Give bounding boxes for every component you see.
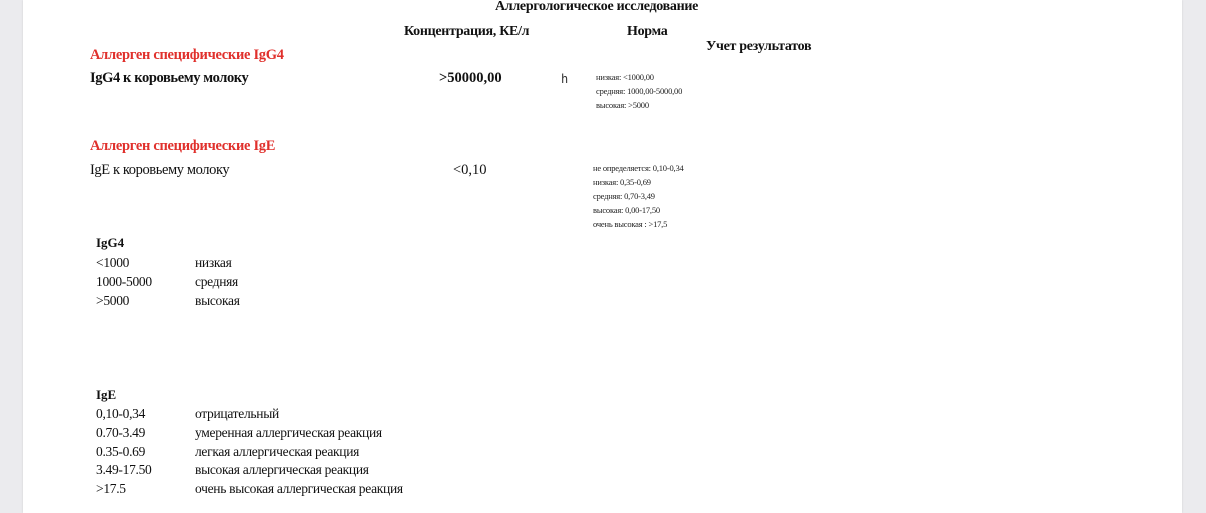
legend-range: 0.35-0.69 (96, 442, 195, 461)
legend-label: средняя (195, 273, 240, 292)
norm-item: средняя: 0,70-3,49 (593, 189, 684, 203)
legend-range: >5000 (96, 291, 195, 310)
legend-range: <1000 (96, 254, 195, 273)
legend-row: >17.5 очень высокая аллергическая реакци… (96, 480, 403, 499)
norm-item: высокая: >5000 (596, 98, 682, 112)
legend-row: 1000-5000 средняя (96, 273, 240, 292)
section-title-ige: Аллерген специфические IgE (90, 138, 275, 155)
legend-label: отрицательный (195, 405, 403, 424)
norm-item: низкая: <1000,00 (596, 70, 682, 84)
legend-label: высокая аллергическая реакция (195, 461, 403, 480)
norm-list-ige-milk: не определяется: 0,10-0,34 низкая: 0,35-… (593, 161, 684, 231)
legend-table-igg4: <1000 низкая 1000-5000 средняя >5000 выс… (96, 254, 240, 310)
header-norm: Норма (627, 24, 667, 40)
legend-label: очень высокая аллергическая реакция (195, 480, 403, 499)
legend-range: 0.70-3.49 (96, 424, 195, 443)
legend-row: 0.35-0.69 легкая аллергическая реакция (96, 442, 403, 461)
norm-item: высокая: 0,00-17,50 (593, 203, 684, 217)
test-flag-igg4-milk: h (561, 72, 568, 86)
legend-row: 3.49-17.50 высокая аллергическая реакция (96, 461, 403, 480)
legend-range: 3.49-17.50 (96, 461, 195, 480)
norm-item: низкая: 0,35-0,69 (593, 175, 684, 189)
test-value-igg4-milk: >50000,00 (439, 70, 502, 87)
header-concentration: Концентрация, КЕ/л (404, 24, 529, 40)
legend-row: 0,10-0,34 отрицательный (96, 405, 403, 424)
legend-range: 0,10-0,34 (96, 405, 195, 424)
norm-item: очень высокая : >17,5 (593, 217, 684, 231)
legend-table-ige: 0,10-0,34 отрицательный 0.70-3.49 умерен… (96, 405, 403, 498)
legend-range: >17.5 (96, 480, 195, 499)
norm-list-igg4-milk: низкая: <1000,00 средняя: 1000,00-5000,0… (596, 70, 682, 112)
legend-title-ige: IgE (96, 387, 116, 403)
test-name-igg4-milk: IgG4 к коровьему молоку (90, 70, 248, 87)
legend-row: 0.70-3.49 умеренная аллергическая реакци… (96, 424, 403, 443)
test-value-ige-milk: <0,10 (453, 162, 487, 179)
header-interpretation: Учет результатов (706, 39, 811, 55)
test-name-ige-milk: IgE к коровьему молоку (90, 162, 229, 179)
legend-label: низкая (195, 254, 240, 273)
legend-row: >5000 высокая (96, 291, 240, 310)
legend-title-igg4: IgG4 (96, 235, 124, 251)
legend-row: <1000 низкая (96, 254, 240, 273)
document-page: Аллергологическое исследование Концентра… (23, 0, 1182, 513)
legend-label: легкая аллергическая реакция (195, 442, 403, 461)
legend-range: 1000-5000 (96, 273, 195, 292)
norm-item: средняя: 1000,00-5000,00 (596, 84, 682, 98)
legend-label: умеренная аллергическая реакция (195, 424, 403, 443)
document-title: Аллергологическое исследование (495, 0, 698, 15)
legend-label: высокая (195, 291, 240, 310)
section-title-igg4: Аллерген специфические IgG4 (90, 47, 284, 64)
norm-item: не определяется: 0,10-0,34 (593, 161, 684, 175)
